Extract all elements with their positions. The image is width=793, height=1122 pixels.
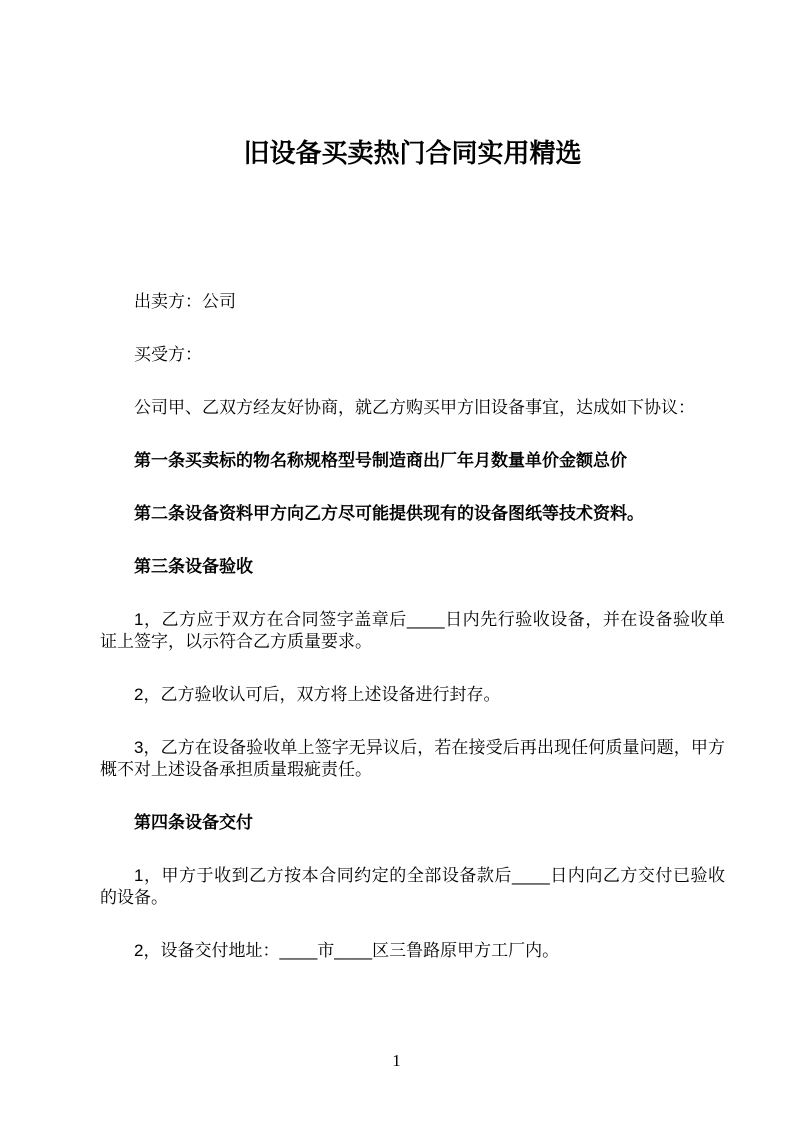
clause-3-item-2: 2，乙方验收认可后，双方将上述设备进行封存。 — [100, 684, 725, 706]
clause-4-item-1: 1，甲方于收到乙方按本合同约定的全部设备款后____日内向乙方交付已验收的设备。 — [100, 865, 725, 909]
contract-document-page: 旧设备买卖热门合同实用精选 出卖方：公司 买受方： 公司甲、乙双方经友好协商，就… — [0, 0, 793, 1122]
clause-3-item-3: 3，乙方在设备验收单上签字无异议后，若在接受后再出现任何质量问题，甲方概不对上述… — [100, 737, 725, 781]
clause-3-heading: 第三条设备验收 — [100, 556, 725, 578]
document-content: 旧设备买卖热门合同实用精选 出卖方：公司 买受方： 公司甲、乙双方经友好协商，就… — [100, 0, 725, 993]
clause-3-item-1: 1，乙方应于双方在合同签字盖章后____日内先行验收设备，并在设备验收单证上签字… — [100, 609, 725, 653]
document-body: 出卖方：公司 买受方： 公司甲、乙双方经友好协商，就乙方购买甲方旧设备事宜，达成… — [100, 291, 725, 962]
clause-1-heading: 第一条买卖标的物名称规格型号制造商出厂年月数量单价金额总价 — [100, 450, 725, 472]
clause-2-heading: 第二条设备资料甲方向乙方尽可能提供现有的设备图纸等技术资料。 — [100, 503, 725, 525]
paragraph-preamble: 公司甲、乙双方经友好协商，就乙方购买甲方旧设备事宜，达成如下协议： — [100, 397, 725, 419]
paragraph-buyer: 买受方： — [100, 344, 725, 366]
clause-4-heading: 第四条设备交付 — [100, 812, 725, 834]
paragraph-seller: 出卖方：公司 — [100, 291, 725, 313]
clause-4-item-2: 2，设备交付地址：____市____区三鲁路原甲方工厂内。 — [100, 940, 725, 962]
document-title: 旧设备买卖热门合同实用精选 — [100, 136, 725, 170]
page-number: 1 — [0, 1050, 793, 1072]
